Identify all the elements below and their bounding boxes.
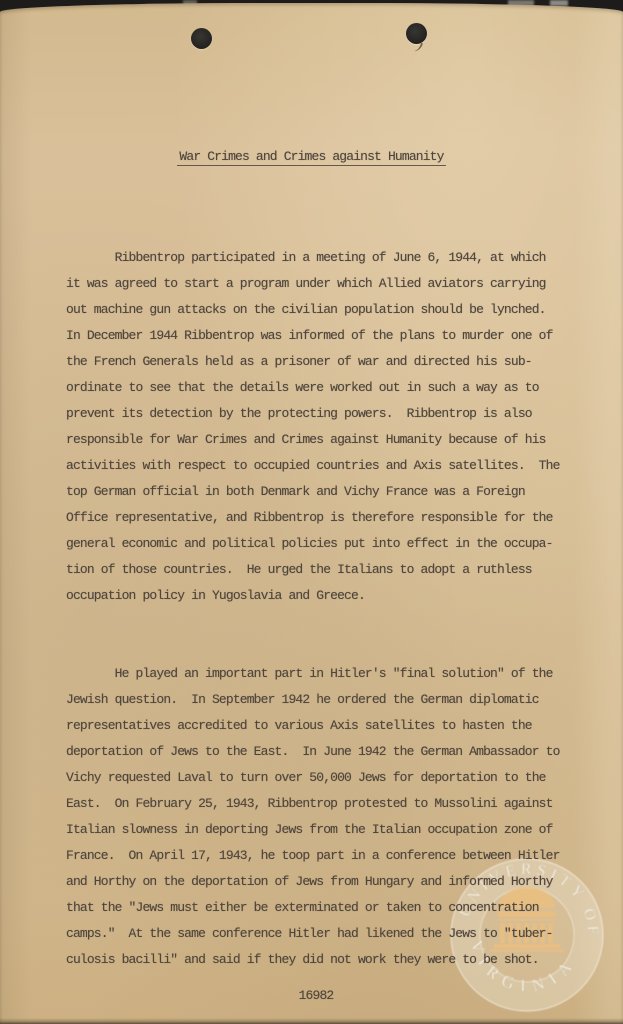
- paragraph-1: Ribbentrop participated in a meeting of …: [66, 245, 560, 609]
- hole-punch-left: [191, 28, 212, 49]
- document-title: War Crimes and Crimes against Humanity: [0, 147, 623, 167]
- document-title-text: War Crimes and Crimes against Humanity: [177, 149, 445, 166]
- document-body: Ribbentrop participated in a meeting of …: [66, 193, 560, 1024]
- hole-punch-right: [406, 23, 427, 44]
- paragraph-2: He played an important part in Hitler's …: [66, 661, 560, 973]
- scanned-document-page: UNIVERSITY OF VIRGINIA 1819: [0, 0, 623, 1024]
- page-number: 16982: [9, 986, 623, 1006]
